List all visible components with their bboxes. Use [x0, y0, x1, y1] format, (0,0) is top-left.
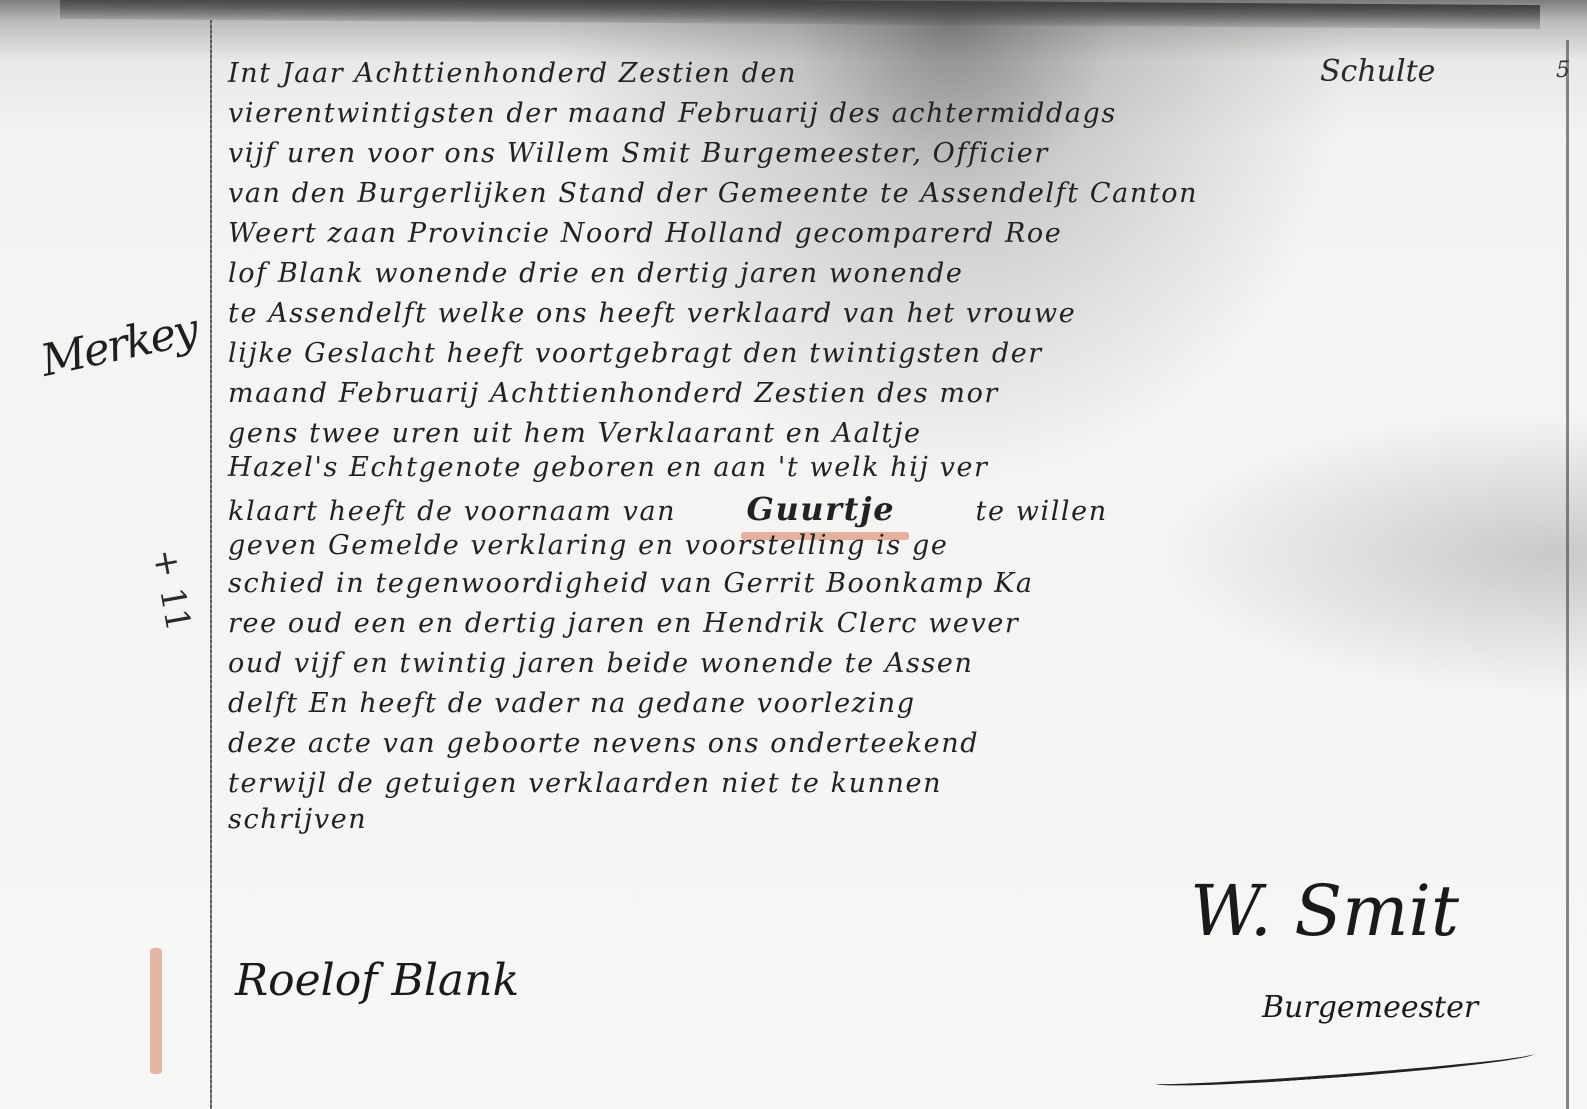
scan-shadow	[60, 0, 1540, 29]
father-signature: Roelof Blank	[235, 955, 519, 1006]
margin-signature: Merkey	[36, 304, 201, 387]
scanned-document-page: Schulte 5 Int Jaar Achttienhonderd Zesti…	[0, 0, 1587, 1109]
record-line-text: te willen	[976, 496, 1108, 527]
child-name-highlighted: Guurtje	[747, 490, 896, 528]
record-line: van den Burgerlijken Stand der Gemeente …	[228, 178, 1198, 209]
record-line-child-name: klaart heeft de voornaam van Guurtje te …	[228, 490, 1108, 528]
record-line: schied in tegenwoordigheid van Gerrit Bo…	[228, 568, 1034, 599]
page-number: 5	[1556, 58, 1570, 83]
record-line-text: klaart heeft de voornaam van	[228, 496, 676, 527]
margin-rule	[210, 20, 212, 1109]
record-line: terwijl de getuigen verklaarden niet te …	[228, 768, 942, 799]
signature-flourish	[1155, 1047, 1535, 1090]
record-line: lof Blank wonende drie en dertig jaren w…	[228, 258, 964, 289]
record-line: delft En heeft de vader na gedane voorle…	[228, 688, 916, 719]
page-right-edge	[1566, 40, 1569, 1109]
record-line: Weert zaan Provincie Noord Holland gecom…	[228, 218, 1062, 249]
record-line: ree oud een en dertig jaren en Hendrik C…	[228, 608, 1019, 639]
mayor-signature: W. Smit	[1190, 870, 1459, 952]
record-line: gens twee uren uit hem Verklaarant en Aa…	[228, 418, 922, 449]
record-line: oud vijf en twintig jaren beide wonende …	[228, 648, 973, 679]
record-line: vierentwintigsten der maand Februarij de…	[228, 98, 1117, 129]
margin-cross-mark: + 11	[144, 546, 198, 634]
record-line: Int Jaar Achttienhonderd Zestien den	[228, 58, 797, 89]
header-flourish: Schulte	[1320, 54, 1435, 89]
record-line: Hazel's Echtgenote geboren en aan 't wel…	[228, 452, 989, 483]
record-line: maand Februarij Achttienhonderd Zestien …	[228, 378, 999, 409]
record-line: geven Gemelde verklaring en voorstelling…	[228, 530, 949, 561]
red-pencil-mark	[150, 948, 162, 1074]
record-line: deze acte van geboorte nevens ons ondert…	[228, 728, 979, 759]
record-line: lijke Geslacht heeft voortgebragt den tw…	[228, 338, 1043, 369]
record-line: schrijven	[228, 804, 367, 835]
record-line: te Assendelft welke ons heeft verklaard …	[228, 298, 1076, 329]
record-line: vijf uren voor ons Willem Smit Burgemees…	[228, 138, 1049, 169]
mayor-title: Burgemeester	[1262, 990, 1478, 1025]
